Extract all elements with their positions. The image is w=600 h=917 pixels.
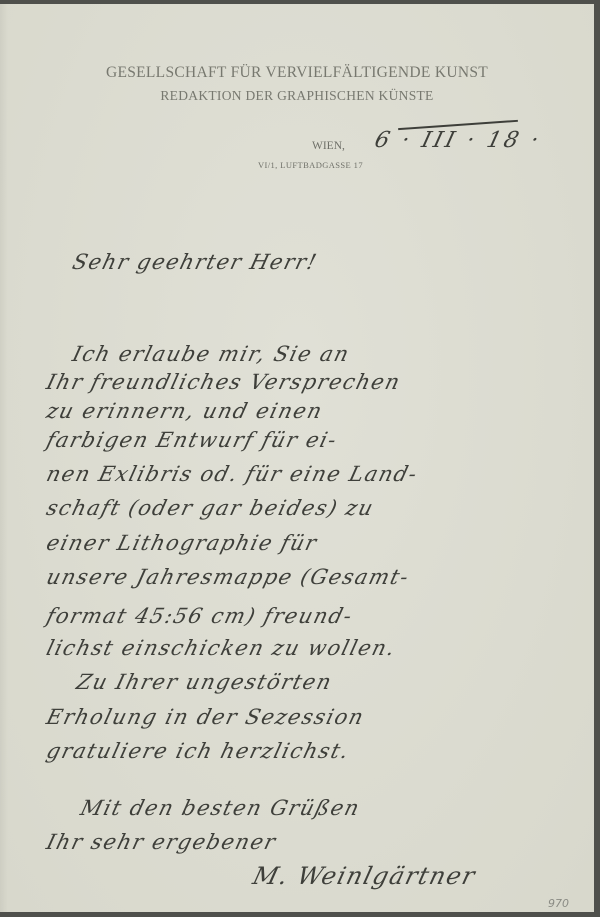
letterhead-address: VI/1, LUFTBADGASSE 17 [258,160,363,170]
body-line: Ihr freundliches Versprechen [44,370,403,394]
body-line: nen Exlibris od. für eine Land- [44,462,421,486]
closing-line: Ihr sehr ergebener [44,830,279,854]
body-line: lichst einschicken zu wollen. [44,636,399,660]
closing-line: Mit den besten Grüßen [78,796,363,820]
signature: M. Weinlgärtner [250,862,479,890]
letterhead-society: GESELLSCHAFT FÜR VERVIELFÄLTIGENDE KUNST [0,64,594,82]
body-line: Zu Ihrer ungestörten [74,670,335,694]
salutation: Sehr geehrter Herr! [70,250,320,274]
letterhead-place: WIEN, [312,140,345,152]
body-line: gratuliere ich herzlichst. [44,739,352,763]
body-line: Ich erlaube mir, Sie an [70,342,352,366]
handwritten-date: 6 · III · 18 · [372,128,544,153]
body-line: Erholung in der Sezession [44,705,367,729]
body-line: format 45:56 cm) freund- [44,604,356,628]
letterhead-editorial: REDAKTION DER GRAPHISCHEN KÜNSTE [0,88,594,104]
archive-number: 970 [548,897,569,910]
body-line: zu erinnern, und einen [44,399,326,423]
letter-sheet: GESELLSCHAFT FÜR VERVIELFÄLTIGENDE KUNST… [0,4,594,912]
body-line: farbigen Entwurf für ei- [44,428,340,452]
body-line: unsere Jahresmappe (Gesamt- [44,565,412,589]
body-line: schaft (oder gar beides) zu [44,496,377,520]
body-line: einer Lithographie für [44,531,320,555]
